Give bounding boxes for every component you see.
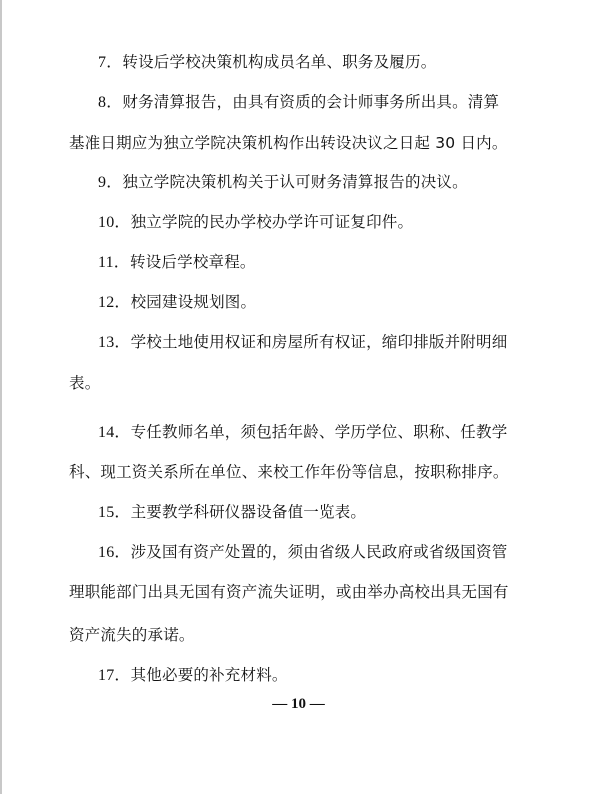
document-line: 科、现工资关系所在单位、来校工作年份等信息，按职称排序。	[69, 462, 529, 482]
list-item-number: 13．	[98, 334, 131, 351]
line-text: 学校土地使用权证和房屋所有权证，缩印排版并附明细	[131, 333, 508, 351]
document-line: 基准日期应为独立学院决策机构作出转设决议之日起 30 日内。	[69, 133, 529, 153]
list-item-number: 12．	[98, 294, 131, 311]
list-item-number: 15．	[98, 504, 131, 521]
list-item-number: 7．	[98, 54, 122, 71]
document-line: 资产流失的承诺。	[69, 625, 529, 645]
line-text: 资产流失的承诺。	[69, 626, 195, 644]
document-line: 15．主要教学科研仪器设备值一览表。	[98, 502, 558, 523]
list-item-number: 11．	[98, 254, 130, 271]
line-text: 主要教学科研仪器设备值一览表。	[131, 503, 367, 521]
line-text: 转设后学校决策机构成员名单、职务及履历。	[122, 53, 436, 71]
line-text: 基准日期应为独立学院决策机构作出转设决议之日起 30 日内。	[69, 134, 508, 152]
document-line: 表。	[69, 373, 529, 393]
list-item-number: 8．	[98, 94, 122, 111]
list-item-number: 16．	[98, 544, 131, 561]
line-text: 涉及国有资产处置的，须由省级人民政府或省级国资管	[131, 543, 508, 561]
list-item-number: 14．	[98, 424, 131, 441]
list-item-number: 17．	[98, 667, 131, 684]
list-item-number: 10．	[98, 214, 131, 231]
document-line: 11．转设后学校章程。	[98, 252, 558, 273]
document-line: 9．独立学院决策机构关于认可财务清算报告的决议。	[98, 172, 558, 193]
document-line: 16．涉及国有资产处置的，须由省级人民政府或省级国资管	[98, 542, 558, 563]
line-text: 专任教师名单，须包括年龄、学历学位、职称、任教学	[131, 423, 508, 441]
line-text: 独立学院决策机构关于认可财务清算报告的决议。	[122, 173, 467, 191]
document-line: 13．学校土地使用权证和房屋所有权证，缩印排版并附明细	[98, 332, 558, 353]
document-line: 14．专任教师名单，须包括年龄、学历学位、职称、任教学	[98, 422, 558, 443]
document-line: 8．财务清算报告，由具有资质的会计师事务所出具。清算	[98, 92, 558, 113]
line-text: 校园建设规划图。	[131, 293, 257, 311]
document-line: 7．转设后学校决策机构成员名单、职务及履历。	[98, 52, 558, 73]
line-text: 表。	[69, 374, 100, 392]
document-line: 10．独立学院的民办学校办学许可证复印件。	[98, 212, 558, 233]
line-text: 科、现工资关系所在单位、来校工作年份等信息，按职称排序。	[69, 463, 509, 481]
line-text: 转设后学校章程。	[130, 253, 256, 271]
line-text: 其他必要的补充材料。	[131, 666, 288, 684]
line-text: 独立学院的民办学校办学许可证复印件。	[131, 213, 414, 231]
document-line: 17．其他必要的补充材料。	[98, 665, 558, 686]
document-line: 12．校园建设规划图。	[98, 292, 558, 313]
document-line: 理职能部门出具无国有资产流失证明，或由举办高校出具无国有	[69, 582, 529, 602]
page-number: — 10 —	[0, 696, 597, 713]
page-left-border	[0, 0, 2, 794]
list-item-number: 9．	[98, 174, 122, 191]
line-text: 财务清算报告，由具有资质的会计师事务所出具。清算	[122, 93, 499, 111]
line-text: 理职能部门出具无国有资产流失证明，或由举办高校出具无国有	[69, 583, 509, 601]
